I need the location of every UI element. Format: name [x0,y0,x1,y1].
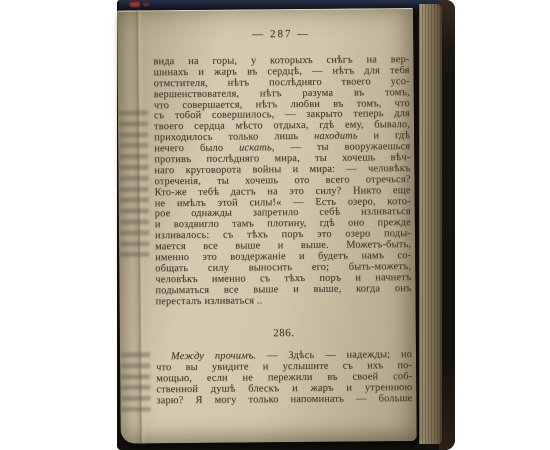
section-number: 286. [156,326,412,340]
red-mark [130,2,140,7]
photo-white-backdrop: — 287 — вида на горы, у которыхъ снѣгъ н… [0,0,550,450]
book-photo: — 287 — вида на горы, у которыхъ снѣгъ н… [117,0,455,450]
paragraph-285-text: вида на горы, у которыхъ снѣгъ на вер-ши… [153,55,411,308]
showthrough-text-upper [119,107,149,257]
page-number-header: — 287 — [153,27,409,41]
page-stack-fore-edge [419,4,442,444]
paragraph-286-text: Между прочимъ. — Здѣсь — надежды; ночто … [156,350,412,407]
showthrough-text-lower [121,349,151,411]
book-page: — 287 — вида на горы, у которыхъ снѣгъ н… [117,8,417,444]
